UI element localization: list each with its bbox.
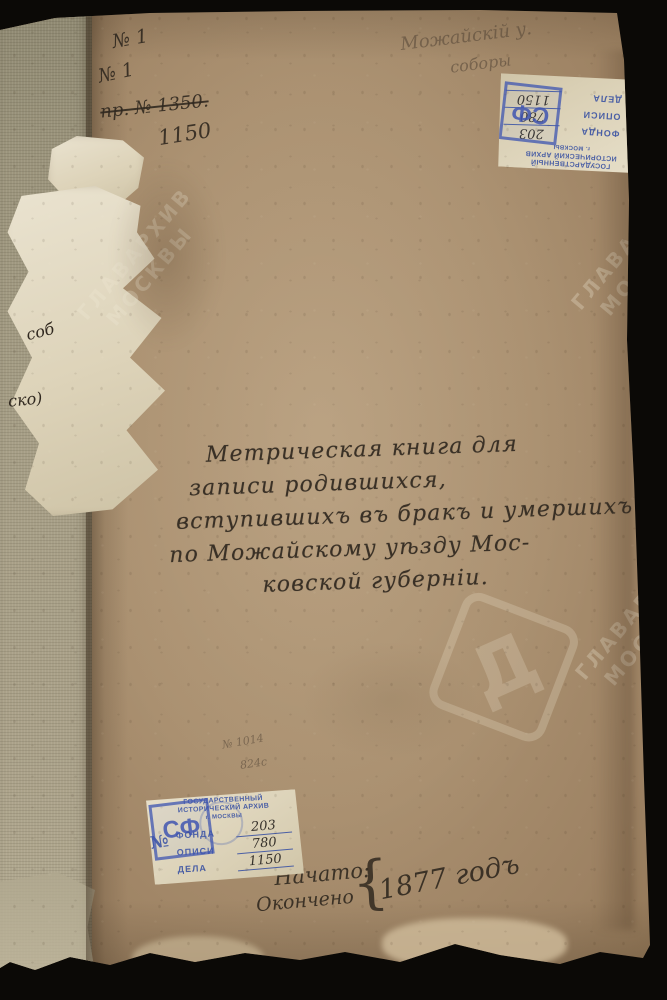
pencil-note-2: 824с [239, 755, 268, 772]
delo-number: 1150 [237, 851, 294, 872]
sf-stamp-top: СФ [498, 81, 562, 145]
worn-patch-bottom-left [132, 936, 264, 980]
book-cover: соб ско) ГЛАВАРХИВМОСКВЫ ГЛАВАРХИВМОСКВЫ… [0, 0, 667, 1000]
inventory-note-1: № 1 [110, 25, 149, 53]
region-note-line2: соборы [449, 50, 512, 76]
glavarkhiv-watermark-right-top: ГЛАВАРХИВМОСКВЫ [565, 172, 667, 332]
region-note-uyezd: Можайскій у. [399, 18, 533, 55]
handwritten-title: Метрическая книга для записи родившихся,… [165, 424, 636, 605]
date-year: 1877 годъ [376, 849, 522, 907]
logo-letter: Д [457, 616, 551, 720]
date-finished-label: Окончено [255, 886, 354, 916]
spine-frayed-cloth [0, 872, 95, 972]
spine-label-fragment-2: ско) [7, 388, 43, 410]
number-symbol-top: № [627, 118, 646, 139]
inventory-note-current: 1150 [156, 118, 213, 150]
photo-background: соб ско) ГЛАВАРХИВМОСКВЫ ГЛАВАРХИВМОСКВЫ… [0, 0, 667, 1000]
archive-label-bottom: ГОСУДАРСТВЕННЫЙ ИСТОРИЧЕСКИЙ АРХИВ г. МО… [146, 789, 304, 885]
archive-label-top-upside-down: ГОСУДАРСТВЕННЫЙ ИСТОРИЧЕСКИЙ АРХИВ г. МО… [495, 72, 651, 176]
pencil-note-1: № 1014 [221, 731, 265, 751]
sf-stamp: СФ [148, 798, 214, 861]
worn-patch-bottom-center [382, 918, 567, 970]
